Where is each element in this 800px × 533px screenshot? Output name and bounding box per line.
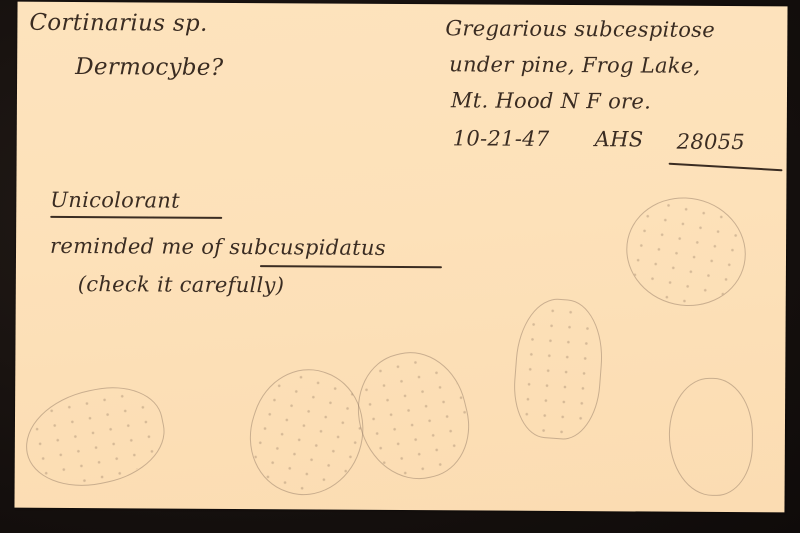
spore-sketch-6 xyxy=(669,378,754,497)
habitat-line-2: under pine, Frog Lake, xyxy=(449,52,701,78)
collection-number-underline xyxy=(669,163,783,171)
spore-sketch-1 xyxy=(17,377,173,497)
taxon-subgenus: Dermocybe? xyxy=(75,54,223,81)
spore-sketch-4 xyxy=(510,296,606,442)
collector-initials: AHS xyxy=(595,127,644,151)
collection-number: 28055 xyxy=(677,130,745,154)
color-note: Unicolorant xyxy=(50,188,180,213)
specimen-card: Cortinarius sp. Dermocybe? Gregarious su… xyxy=(14,2,787,513)
comparison-note: (check it carefully) xyxy=(78,272,285,297)
taxon-name: Cortinarius sp. xyxy=(29,10,207,37)
spore-sketch-3 xyxy=(345,341,480,491)
habitat-line-1: Gregarious subcespitose xyxy=(445,16,715,42)
color-note-underline xyxy=(50,216,222,219)
locality-line: Mt. Hood N F ore. xyxy=(451,88,651,113)
comparison-underline xyxy=(260,265,442,268)
collection-date: 10-21-47 xyxy=(453,126,550,151)
comparison-line: reminded me of subcuspidatus xyxy=(50,234,386,260)
spore-sketch-2 xyxy=(234,355,380,510)
spore-sketch-5 xyxy=(616,186,756,317)
